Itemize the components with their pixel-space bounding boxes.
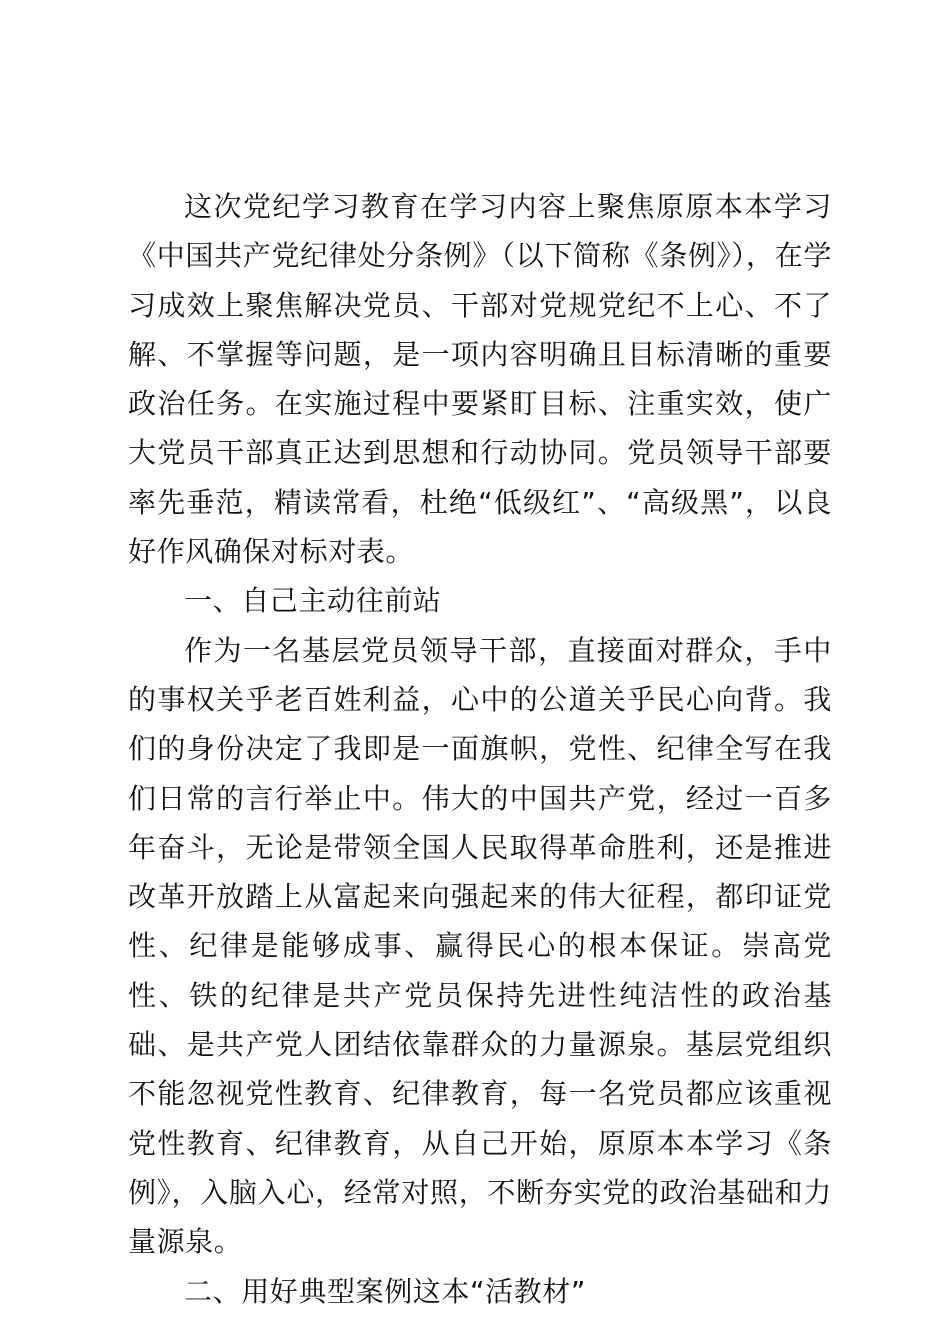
document-page: 这次党纪学习教育在学习内容上聚焦原原本本学习《中国共产党纪律处分条例》（以下简称… xyxy=(128,182,832,1316)
section-heading-2: 二、用好典型案例这本“活教材” xyxy=(128,1267,832,1316)
section-heading-1: 一、自己主动往前站 xyxy=(128,576,832,625)
intro-paragraph: 这次党纪学习教育在学习内容上聚焦原原本本学习《中国共产党纪律处分条例》（以下简称… xyxy=(128,182,832,576)
section-1-paragraph: 作为一名基层党员领导干部，直接面对群众，手中的事权关乎老百姓利益，心中的公道关乎… xyxy=(128,626,832,1267)
